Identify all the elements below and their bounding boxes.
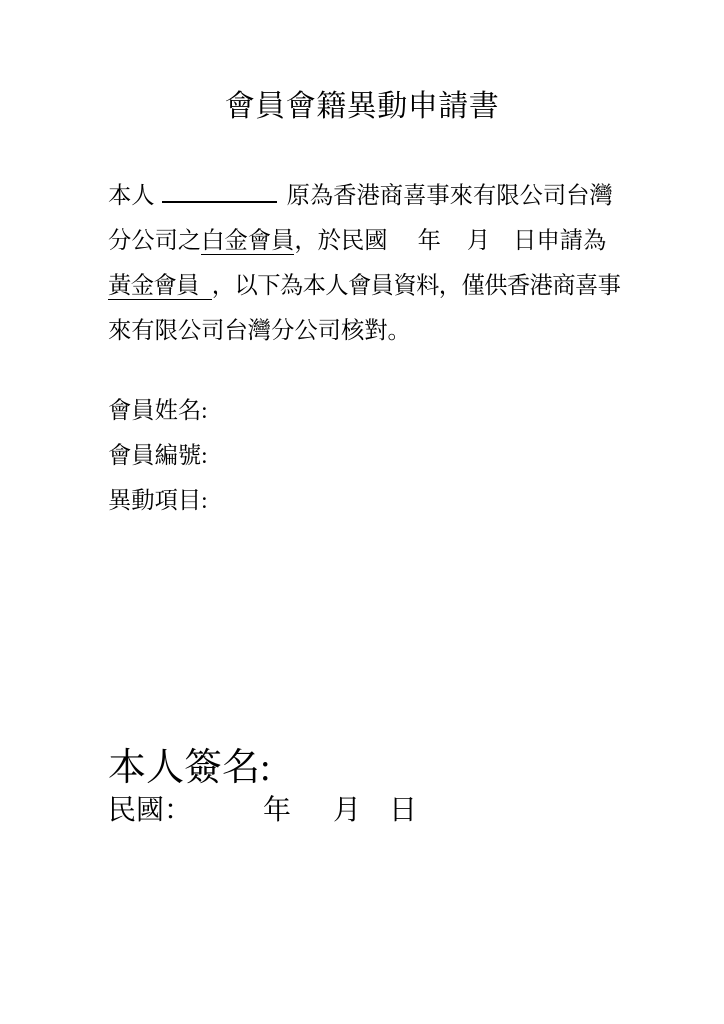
day-label: 日 [389,795,417,826]
paragraph-line-4: 來有限公司台灣分公司核對。 [108,309,638,354]
application-form-page: 會員會籍異動申請書 本人原為香港商喜事來有限公司台灣 分公司之白金會員，於民國年… [0,0,724,1024]
field-label: 會員編號: [108,443,208,469]
paragraph-line-1: 本人原為香港商喜事來有限公司台灣 [108,174,638,219]
roc-era-label: 民國： [108,795,192,826]
intro-paragraph: 本人原為香港商喜事來有限公司台灣 分公司之白金會員，於民國年月日申請為 黃金會員… [108,174,638,354]
day-blank-space [490,247,513,248]
month-blank-space [441,247,467,248]
member-info-fields: 會員姓名: 會員編號: 異動項目: [108,389,208,524]
text-run-roc-date: ，於民國 [294,228,387,254]
month-label: 月 [333,795,361,826]
paragraph-line-3: 黃金會員，以下為本人會員資料，僅供香港商喜事 [108,264,638,309]
text-run-applicant: 本人 [108,183,155,209]
month-label: 月 [467,228,490,254]
text-run: 分公司之 [108,228,201,254]
year-label: 年 [418,228,441,254]
platinum-member-underlined: 白金會員 [201,228,294,255]
document-title: 會員會籍異動申請書 [0,92,724,122]
month-blank-space [291,818,333,819]
roc-date-line: 民國：年月日 [108,796,417,827]
text-run: 來有限公司台灣分公司核對。 [108,318,411,344]
name-fill-in-blank [162,197,277,203]
member-id-field-label: 會員編號: [108,434,208,479]
text-run-company: 原為香港商喜事來有限公司台灣 [287,183,613,209]
field-label: 異動項目: [108,488,208,514]
year-blank-space [388,247,418,248]
signature-label: 本人簽名: [108,749,271,787]
day-apply-label: 日申請為 [513,228,606,254]
member-name-field-label: 會員姓名: [108,389,208,434]
day-blank-space [361,818,389,819]
paragraph-line-2: 分公司之白金會員，於民國年月日申請為 [108,219,638,264]
change-items-field-label: 異動項目: [108,479,208,524]
gold-member-underlined: 黃金會員 [108,273,212,300]
field-label: 會員姓名: [108,398,208,424]
year-label: 年 [263,795,291,826]
year-blank-space [192,818,263,819]
text-run: ，以下為本人會員資料，僅供香港商喜事 [212,273,621,299]
